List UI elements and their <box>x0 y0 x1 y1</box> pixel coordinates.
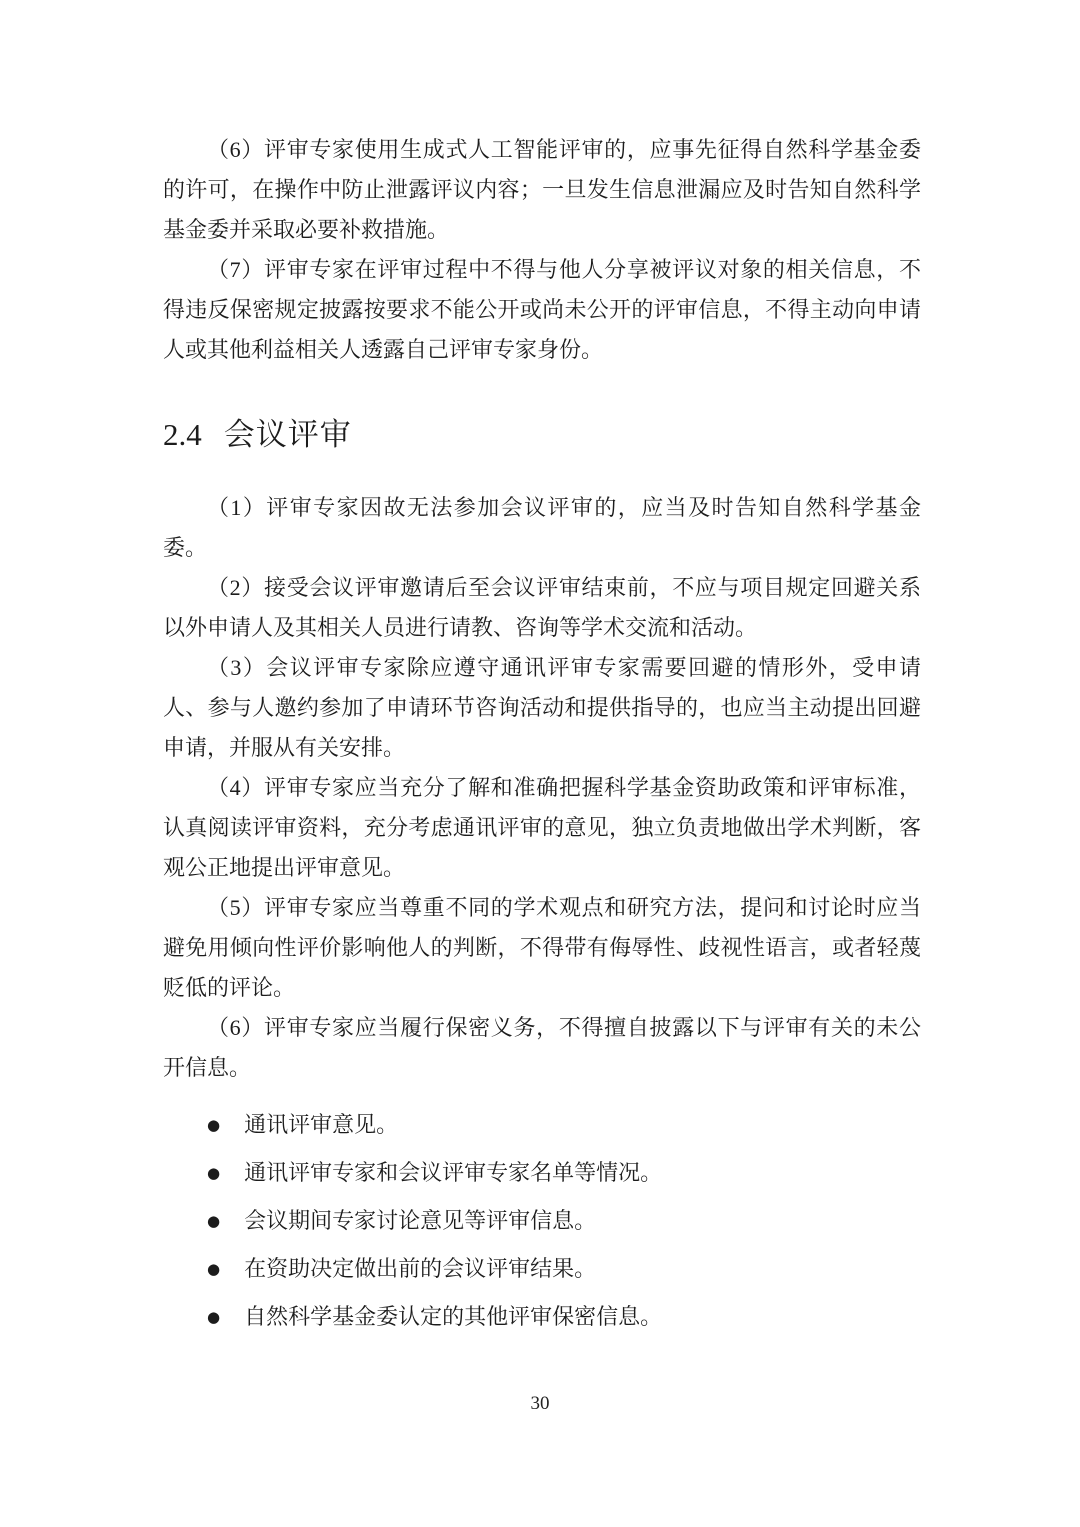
paragraph: （6）评审专家应当履行保密义务，不得擅自披露以下与评审有关的未公开信息。 <box>163 1008 921 1088</box>
section-number: 2.4 <box>163 417 202 452</box>
page-number: 30 <box>0 1392 1080 1416</box>
bullet-list: ● 通讯评审意见。 ● 通讯评审专家和会议评审专家名单等情况。 ● 会议期间专家… <box>163 1102 921 1342</box>
bullet-icon: ● <box>207 1103 220 1148</box>
paragraph: （4）评审专家应当充分了解和准确把握科学基金资助政策和评审标准，认真阅读评审资料… <box>163 768 921 888</box>
bullet-item-text: 自然科学基金委认定的其他评审保密信息。 <box>244 1294 921 1339</box>
paragraph: （5）评审专家应当尊重不同的学术观点和研究方法，提问和讨论时应当避免用倾向性评价… <box>163 888 921 1008</box>
paragraph: （1）评审专家因故无法参加会议评审的，应当及时告知自然科学基金委。 <box>163 488 921 568</box>
section-title: 会议评审 <box>224 417 352 452</box>
page-content: （6）评审专家使用生成式人工智能评审的，应事先征得自然科学基金委的许可，在操作中… <box>163 130 921 1342</box>
list-item: ● 在资助决定做出前的会议评审结果。 <box>207 1246 921 1294</box>
bullet-icon: ● <box>207 1247 220 1292</box>
bullet-icon: ● <box>207 1295 220 1340</box>
bullet-item-text: 通讯评审意见。 <box>244 1102 921 1147</box>
document-page: （6）评审专家使用生成式人工智能评审的，应事先征得自然科学基金委的许可，在操作中… <box>0 0 1080 1527</box>
paragraph: （2）接受会议评审邀请后至会议评审结束前，不应与项目规定回避关系以外申请人及其相… <box>163 568 921 648</box>
paragraph: （6）评审专家使用生成式人工智能评审的，应事先征得自然科学基金委的许可，在操作中… <box>163 130 921 250</box>
list-item: ● 通讯评审意见。 <box>207 1102 921 1150</box>
bullet-icon: ● <box>207 1199 220 1244</box>
paragraph: （3）会议评审专家除应遵守通讯评审专家需要回避的情形外，受申请人、参与人邀约参加… <box>163 648 921 768</box>
section-heading: 2.4会议评审 <box>163 410 921 460</box>
paragraph: （7）评审专家在评审过程中不得与他人分享被评议对象的相关信息，不得违反保密规定披… <box>163 250 921 370</box>
bullet-icon: ● <box>207 1151 220 1196</box>
list-item: ● 自然科学基金委认定的其他评审保密信息。 <box>207 1294 921 1342</box>
bullet-item-text: 通讯评审专家和会议评审专家名单等情况。 <box>244 1150 921 1195</box>
list-item: ● 会议期间专家讨论意见等评审信息。 <box>207 1198 921 1246</box>
bullet-item-text: 会议期间专家讨论意见等评审信息。 <box>244 1198 921 1243</box>
bullet-item-text: 在资助决定做出前的会议评审结果。 <box>244 1246 921 1291</box>
list-item: ● 通讯评审专家和会议评审专家名单等情况。 <box>207 1150 921 1198</box>
